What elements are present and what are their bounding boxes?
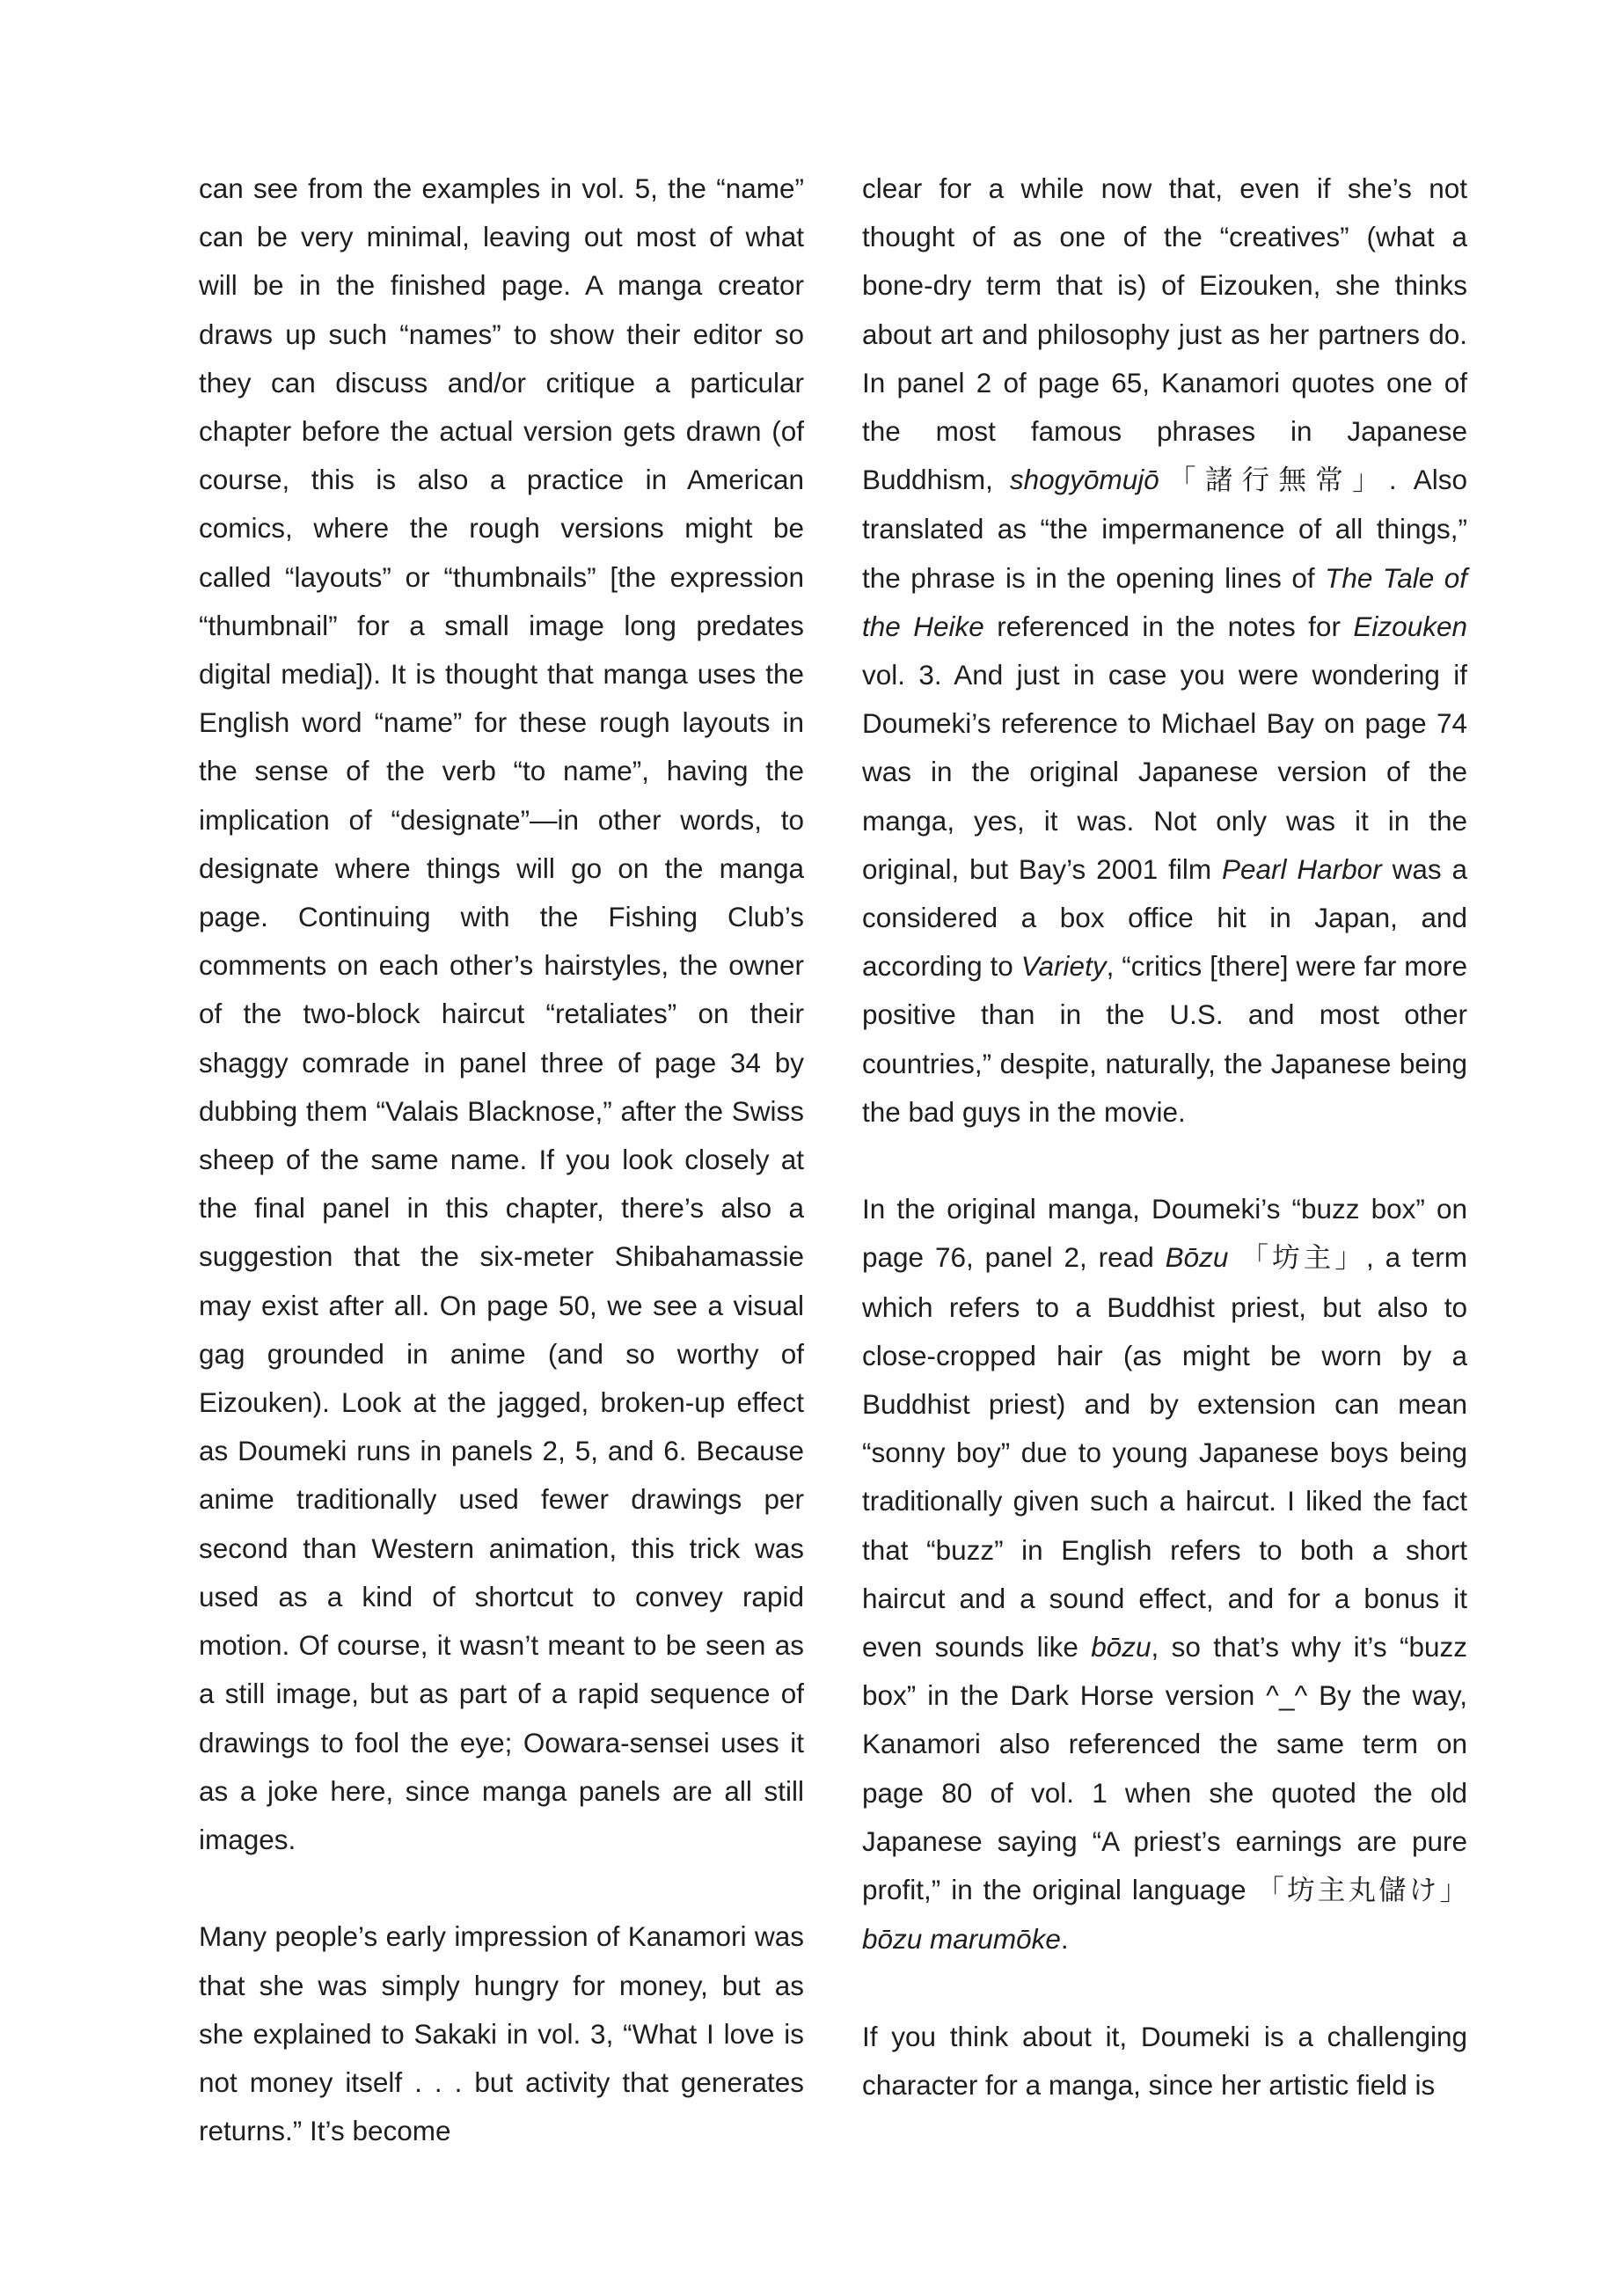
paragraph: clear for a while now that, even if she’… [862,165,1467,1137]
paragraph: In the original manga, Doumeki’s “buzz b… [862,1185,1467,1963]
paragraph-text: can see from the examples in vol. 5, the… [199,172,804,1855]
japanese-text: 「諸行無常」 [1159,464,1389,496]
paragraph-text: clear for a while now that, even if she’… [862,172,1467,495]
paragraph: Many people’s early impression of Kanamo… [199,1912,804,2155]
document-page: can see from the examples in vol. 5, the… [0,0,1623,2296]
italic-title: Eizouken [1353,611,1467,642]
paragraph: can see from the examples in vol. 5, the… [199,165,804,1864]
paragraph-text: Many people’s early impression of Kanamo… [199,1920,804,2146]
paragraph-text: , a term which refers to a Buddhist prie… [862,1241,1467,1663]
paragraph-text: , so that’s why it’s “buzz box” in the D… [862,1631,1467,1905]
paragraph-text: referenced in the notes for [984,611,1354,642]
italic-term: shogyōmujō [1010,464,1159,495]
italic-title: Variety [1021,950,1107,982]
italic-term: Bōzu [1166,1241,1229,1273]
italic-term: bōzu [1091,1631,1151,1663]
right-column: clear for a while now that, even if she’… [862,165,1467,2110]
paragraph-text: If you think about it, Doumeki is a chal… [862,2021,1467,2101]
paragraph-text: . [1061,1923,1069,1955]
japanese-text: 「坊主丸儲け」 [1256,1875,1467,1906]
japanese-text: 「坊主」 [1228,1242,1366,1274]
paragraph: If you think about it, Doumeki is a chal… [862,2013,1467,2110]
italic-title: Pearl Harbor [1222,853,1382,885]
left-column: can see from the examples in vol. 5, the… [199,165,804,2155]
italic-term: bōzu marumōke [862,1923,1061,1955]
paragraph-text: vol. 3. And just in case you were wonder… [862,659,1467,885]
